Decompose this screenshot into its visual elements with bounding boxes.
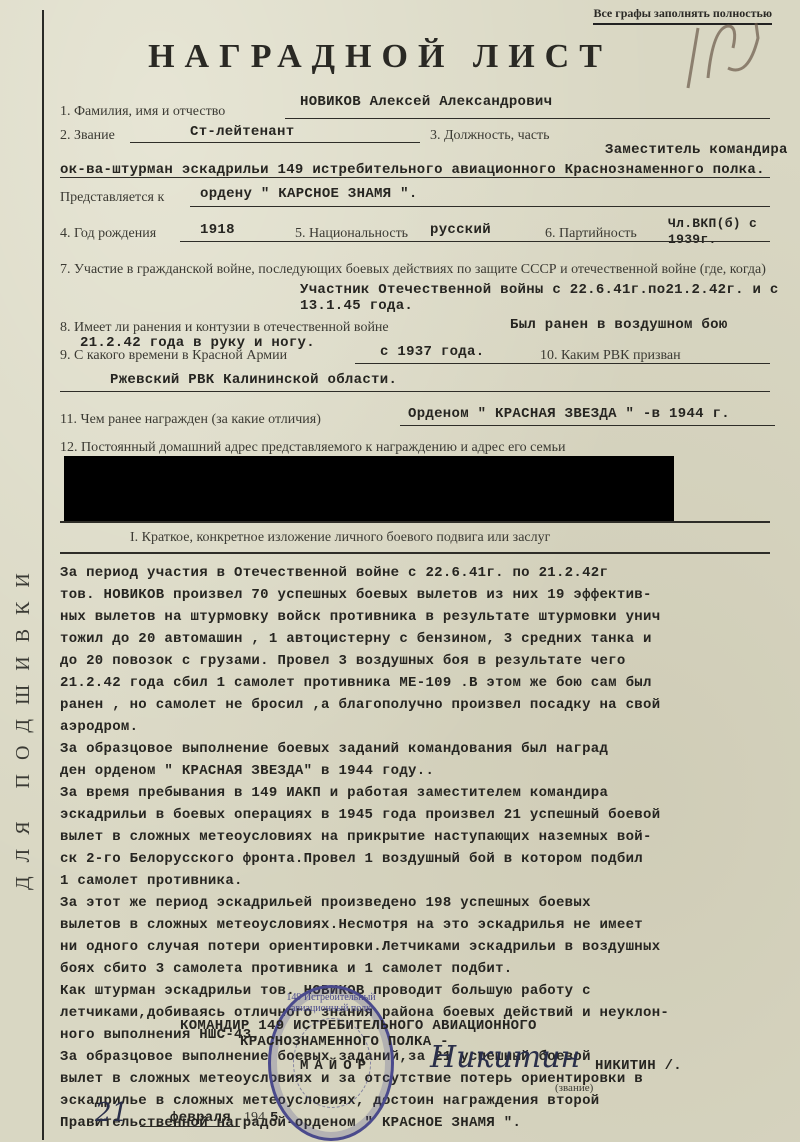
- date-day: 21: [95, 1098, 128, 1128]
- commander-signature: Никитин: [430, 1040, 580, 1075]
- citation-line: 21.2.42 года сбил 1 самолет противника М…: [60, 672, 800, 694]
- citation-line: эскадрилье в сложных метеоусловиях, дост…: [60, 1090, 800, 1112]
- citation-line: ни одного случая потери ориентировки.Лет…: [60, 936, 800, 958]
- field-war-participation-value: Участник Отечественной войны с 22.6.41г.…: [300, 282, 780, 314]
- citation-line: ранен , но самолет не бросил ,а благопол…: [60, 694, 800, 716]
- field-award-label: Представляется к: [60, 190, 164, 206]
- rank-caption: (звание): [555, 1082, 593, 1094]
- field-position-value: Заместитель командира ок-ва-штурман эска…: [60, 140, 800, 180]
- field-rvk-value: Ржевский РВК Калининской области.: [110, 372, 397, 388]
- citation-line: За время пребывания в 149 ИАКП и работая…: [60, 782, 800, 804]
- document-title: НАГРАДНОЙ ЛИСТ: [0, 38, 760, 76]
- date-year-prefix: 194: [244, 1110, 265, 1126]
- citation-line: За период участия в Отечественной войне …: [60, 562, 800, 584]
- handwritten-number: [678, 18, 766, 98]
- citation-line: тожил до 20 автомашин , 1 автоцистерну с…: [60, 628, 800, 650]
- citation-line: вылетов в сложных метеоусловиях.Несмотря…: [60, 914, 800, 936]
- binding-label: ДЛЯ ПОДШИВКИ: [12, 400, 34, 1050]
- section-heading: I. Краткое, конкретное изложение личного…: [130, 530, 550, 546]
- field-birth-year-value: 1918: [200, 222, 235, 238]
- citation-line: ден орденом " КРАСНАЯ ЗВЕЗДА" в 1944 год…: [60, 760, 800, 782]
- citation-line: тов. НОВИКОВ произвел 70 успешных боевых…: [60, 584, 800, 606]
- citation-line: За этот же период эскадрильей произведен…: [60, 892, 800, 914]
- field-name-value: НОВИКОВ Алексей Александрович: [300, 94, 552, 110]
- citation-line: вылет в сложных метеоусловиях на прикрыт…: [60, 826, 800, 848]
- citation-line: Как штурман эскадрильи тов. НОВИКОВ пров…: [60, 980, 800, 1002]
- citation-line: боях сбито 3 самолета противника и 1 сам…: [60, 958, 800, 980]
- citation-line: аэродром.: [60, 716, 800, 738]
- field-nationality-label: 5. Национальность: [295, 226, 408, 242]
- field-rank-value: Ст-лейтенант: [190, 124, 294, 140]
- commander-rank: МАЙОР: [300, 1058, 372, 1074]
- commander-name: НИКИТИН /.: [595, 1058, 682, 1074]
- field-birth-year-label: 4. Год рождения: [60, 226, 156, 242]
- field-address-label: 12. Постоянный домашний адрес представля…: [60, 440, 566, 456]
- binding-margin-line: [42, 10, 44, 1140]
- date-month: февраля: [170, 1110, 231, 1126]
- redaction-block: [64, 456, 674, 522]
- field-army-since-label: 9. С какого времени в Красной Армии: [60, 348, 287, 364]
- citation-line: За образцовое выполнение боевых заданий …: [60, 738, 800, 760]
- commander-title-line2: КРАСНОЗНАМЕННОГО ПОЛКА -: [240, 1034, 449, 1050]
- field-army-since-value: с 1937 года.: [380, 344, 484, 360]
- citation-line: ных вылетов на штурмовку войск противник…: [60, 606, 800, 628]
- citation-line: ск 2-го Белорусского фронта.Провел 1 воз…: [60, 848, 800, 870]
- field-prior-awards-value: Орденом " КРАСНАЯ ЗВЕЗДА " -в 1944 г.: [408, 406, 730, 422]
- field-award-value: ордену " КАРСНОЕ ЗНАМЯ ".: [200, 186, 418, 202]
- citation-line: до 20 повозок с грузами. Провел 3 воздуш…: [60, 650, 800, 672]
- citation-line: 1 самолет противника.: [60, 870, 800, 892]
- field-prior-awards-label: 11. Чем ранее награжден (за какие отличи…: [60, 412, 321, 428]
- field-nationality-value: русский: [430, 222, 491, 238]
- date-year-suffix: 5: [270, 1110, 279, 1126]
- field-name-label: 1. Фамилия, имя и отчество: [60, 104, 225, 120]
- field-war-participation-label: 7. Участие в гражданской войне, последую…: [60, 256, 780, 284]
- commander-title-line1: КОМАНДИР 149 ИСТРЕБИТЕЛЬНОГО АВИАЦИОННОГ…: [180, 1018, 537, 1034]
- field-party-label: 6. Партийность: [545, 226, 637, 242]
- field-party-value: Чл.ВКП(б) с 1939г.: [668, 216, 778, 248]
- field-rvk-label: 10. Каким РВК призван: [540, 348, 681, 364]
- citation-line: эскадрильи в боевых операциях в 1945 год…: [60, 804, 800, 826]
